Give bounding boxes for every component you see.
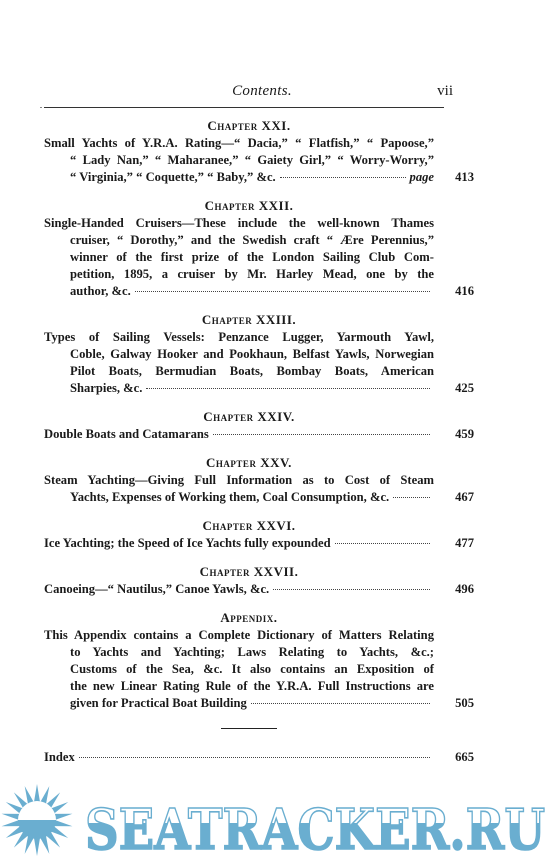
entry-line-last: Canoeing—“ Nautilus,” Canoe Yawls, &c.	[44, 581, 434, 598]
entry-text: author, &c.	[70, 283, 131, 300]
entry-line: This Appendix contains a Complete Dictio…	[44, 627, 434, 644]
entry-line: “ Lady Nan,” “ Maharanee,” “ Gaiety Girl…	[44, 152, 434, 169]
chapter-heading: Chapter XXVII.	[44, 563, 474, 581]
toc-entry: Index 665	[44, 749, 474, 766]
entry-line-last: Sharpies, &c.	[44, 380, 434, 397]
sun-icon	[1, 784, 73, 856]
dot-leader	[393, 497, 430, 498]
toc-entry: Types of Sailing Vessels: Penzance Lugge…	[44, 329, 474, 397]
dot-leader	[79, 757, 430, 758]
entry-line: Coble, Galway Hooker and Pookhaun, Belfa…	[44, 346, 434, 363]
dot-leader	[135, 291, 430, 292]
entry-text: Sharpies, &c.	[70, 380, 142, 397]
entry-text: Double Boats and Catamarans	[44, 426, 209, 443]
page-number: 467	[444, 489, 474, 506]
entry-line: Customs of the Sea, &c. It also contains…	[44, 661, 434, 678]
entry-line-last: given for Practical Boat Building	[44, 695, 434, 712]
dot-leader	[335, 543, 430, 544]
index-label: Index	[44, 749, 75, 766]
entry-line: petition, 1895, a cruiser by Mr. Harley …	[44, 266, 434, 283]
chapter-heading: Chapter XXIV.	[44, 408, 474, 426]
entry-line-last: Index	[44, 749, 434, 766]
entry-line-last: Ice Yachting; the Speed of Ice Yachts fu…	[44, 535, 434, 552]
chapter-heading: Chapter XXII.	[44, 197, 474, 215]
seatracker-watermark: SEATRACKER.RU SEATRACKER.RU	[0, 783, 555, 863]
table-of-contents: Chapter XXI. Small Yachts of Y.R.A. Rati…	[44, 117, 474, 777]
running-title: Contents.	[48, 83, 476, 100]
page-number: 459	[444, 426, 474, 443]
page-number: 416	[444, 283, 474, 300]
entry-line: the new Linear Rating Rule of the Y.R.A.…	[44, 678, 434, 695]
toc-entry: Small Yachts of Y.R.A. Rating—“ Dacia,” …	[44, 135, 474, 186]
entry-text: “ Virginia,” “ Coquette,” “ Baby,” &c.	[70, 169, 276, 186]
page-number: 505	[444, 695, 474, 712]
toc-section-appendix: Appendix. This Appendix contains a Compl…	[44, 609, 474, 712]
toc-entry: Steam Yachting—Giving Full Information a…	[44, 472, 474, 506]
entry-line: Steam Yachting—Giving Full Information a…	[44, 472, 434, 489]
entry-text: Ice Yachting; the Speed of Ice Yachts fu…	[44, 535, 331, 552]
chapter-heading: Chapter XXIII.	[44, 311, 474, 329]
toc-entry: Canoeing—“ Nautilus,” Canoe Yawls, &c. 4…	[44, 581, 474, 598]
dot-leader	[146, 388, 430, 389]
page-number: 425	[444, 380, 474, 397]
running-head: Contents. vii	[48, 83, 476, 103]
dot-leader	[280, 177, 406, 178]
toc-section-chapter-21: Chapter XXI. Small Yachts of Y.R.A. Rati…	[44, 117, 474, 186]
toc-entry: Double Boats and Catamarans 459	[44, 426, 474, 443]
header-rule	[44, 107, 444, 108]
entry-text: given for Practical Boat Building	[70, 695, 247, 712]
toc-entry: Ice Yachting; the Speed of Ice Yachts fu…	[44, 535, 474, 552]
entry-line-last: “ Virginia,” “ Coquette,” “ Baby,” &c. p…	[44, 169, 434, 186]
toc-section-chapter-23: Chapter XXIII. Types of Sailing Vessels:…	[44, 311, 474, 397]
chapter-heading: Chapter XXI.	[44, 117, 474, 135]
entry-text: Canoeing—“ Nautilus,” Canoe Yawls, &c.	[44, 581, 269, 598]
entry-line: winner of the first prize of the London …	[44, 249, 434, 266]
entry-line-last: author, &c.	[44, 283, 434, 300]
entry-line-last: Double Boats and Catamarans	[44, 426, 434, 443]
page-number: 665	[444, 749, 474, 766]
section-divider-rule	[221, 728, 277, 729]
book-page: Contents. vii Chapter XXI. Small Yachts …	[0, 0, 555, 863]
page-number: 413	[444, 169, 474, 186]
dot-leader	[251, 703, 430, 704]
page-word: page	[410, 169, 434, 186]
entry-line: Single-Handed Cruisers—These include the…	[44, 215, 434, 232]
watermark-graphic: SEATRACKER.RU SEATRACKER.RU	[0, 783, 555, 863]
page-number: 477	[444, 535, 474, 552]
entry-line: cruiser, “ Dorothy,” and the Swedish cra…	[44, 232, 434, 249]
chapter-heading: Chapter XXV.	[44, 454, 474, 472]
chapter-heading: Chapter XXVI.	[44, 517, 474, 535]
toc-section-chapter-26: Chapter XXVI. Ice Yachting; the Speed of…	[44, 517, 474, 552]
toc-section-chapter-25: Chapter XXV. Steam Yachting—Giving Full …	[44, 454, 474, 506]
toc-entry: This Appendix contains a Complete Dictio…	[44, 627, 474, 712]
dot-leader	[213, 434, 430, 435]
appendix-heading: Appendix.	[44, 609, 474, 627]
toc-section-index: Index 665	[44, 749, 474, 766]
toc-section-chapter-22: Chapter XXII. Single-Handed Cruisers—The…	[44, 197, 474, 300]
entry-line: Types of Sailing Vessels: Penzance Lugge…	[44, 329, 434, 346]
entry-line: Pilot Boats, Bermudian Boats, Bombay Boa…	[44, 363, 434, 380]
toc-section-chapter-24: Chapter XXIV. Double Boats and Catamaran…	[44, 408, 474, 443]
entry-text: Yachts, Expenses of Working them, Coal C…	[70, 489, 389, 506]
entry-line: Small Yachts of Y.R.A. Rating—“ Dacia,” …	[44, 135, 434, 152]
toc-section-chapter-27: Chapter XXVII. Canoeing—“ Nautilus,” Can…	[44, 563, 474, 598]
toc-entry: Single-Handed Cruisers—These include the…	[44, 215, 474, 300]
running-page-number: vii	[437, 83, 453, 100]
entry-line-last: Yachts, Expenses of Working them, Coal C…	[44, 489, 434, 506]
entry-line: to Yachts and Yachting; Laws Relating to…	[44, 644, 434, 661]
dot-leader	[273, 589, 430, 590]
page-number: 496	[444, 581, 474, 598]
